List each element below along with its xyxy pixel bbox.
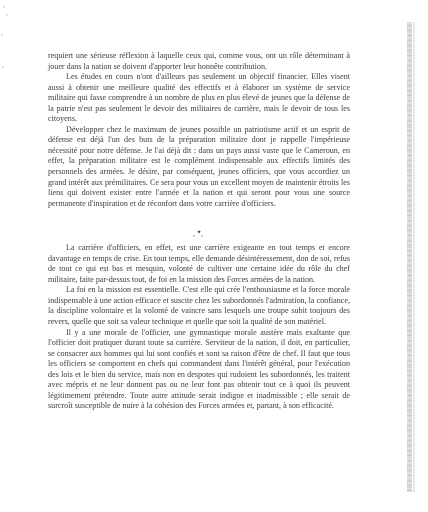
scan-speck xyxy=(1,34,3,36)
page-binding-edge xyxy=(407,22,412,492)
paragraph-6: Il y a une morale de l'officier, une gym… xyxy=(48,328,350,412)
scan-speck xyxy=(2,66,4,68)
page-binding-edge-inner xyxy=(413,22,415,492)
paragraph-2: Les études en cours n'ont d'ailleurs pas… xyxy=(48,72,350,125)
paragraph-5: La foi en la mission est essentielle. C'… xyxy=(48,285,350,327)
scan-speck xyxy=(6,14,8,16)
section-ornament: ✦ ° ° xyxy=(48,209,350,243)
paragraph-1: requiert une sérieuse réflexion à laquel… xyxy=(48,51,350,72)
document-page: requiert une sérieuse réflexion à laquel… xyxy=(48,51,350,412)
paragraph-3: Développer chez le maximum de jeunes pos… xyxy=(48,125,350,209)
asterism-dots-icon: ° ° xyxy=(193,221,205,255)
scan-speck xyxy=(3,6,5,8)
